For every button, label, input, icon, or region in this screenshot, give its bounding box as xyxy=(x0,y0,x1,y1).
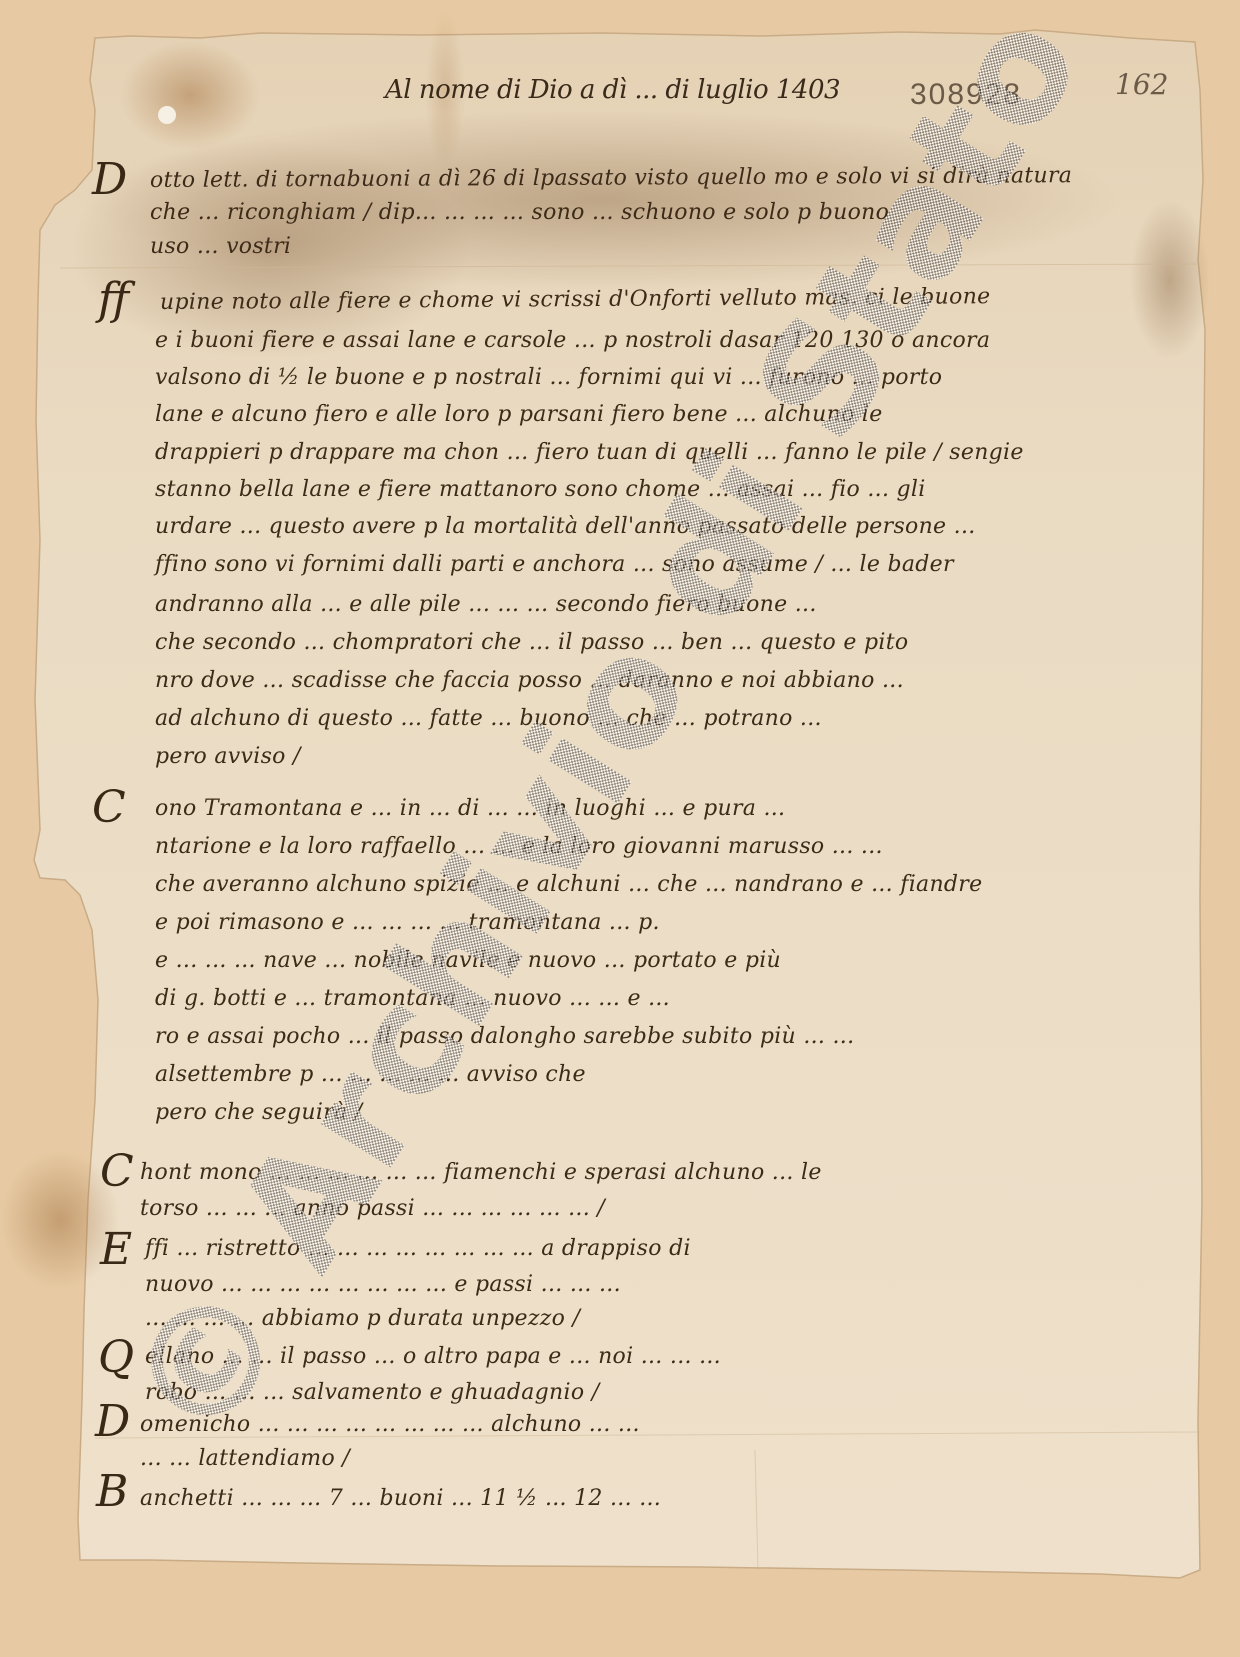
text-line: uso ... vostri xyxy=(150,234,291,259)
paragraph-initial: C xyxy=(100,1150,134,1194)
paragraph-initial: D xyxy=(95,1400,130,1444)
manuscript-page: Al nome di Dio a dì ... di luglio 1403 3… xyxy=(0,0,1240,1657)
text-line: urdare ... questo avere p la mortalità d… xyxy=(155,514,976,539)
text-line: drappieri p drappare ma chon ... fiero t… xyxy=(155,440,1024,465)
text-line: ffino sono vi fornimi dalli parti e anch… xyxy=(155,552,954,577)
paragraph-initial: ff xyxy=(98,278,129,322)
paragraph-initial: C xyxy=(92,786,126,830)
paragraph-initial: B xyxy=(96,1470,128,1514)
text-line: ad alchuno di questo ... fatte ... buono… xyxy=(155,706,822,731)
text-line: che secondo ... chompratori che ... il p… xyxy=(155,630,908,655)
text-line: che ... riconghiam / dip... ... ... ... … xyxy=(150,200,889,225)
text-line: anchetti ... ... ... 7 ... buoni ... 11 … xyxy=(140,1486,661,1511)
paragraph-initial: E xyxy=(100,1228,132,1272)
text-line: pero avviso / xyxy=(155,744,301,769)
paragraph-initial: D xyxy=(92,158,127,202)
